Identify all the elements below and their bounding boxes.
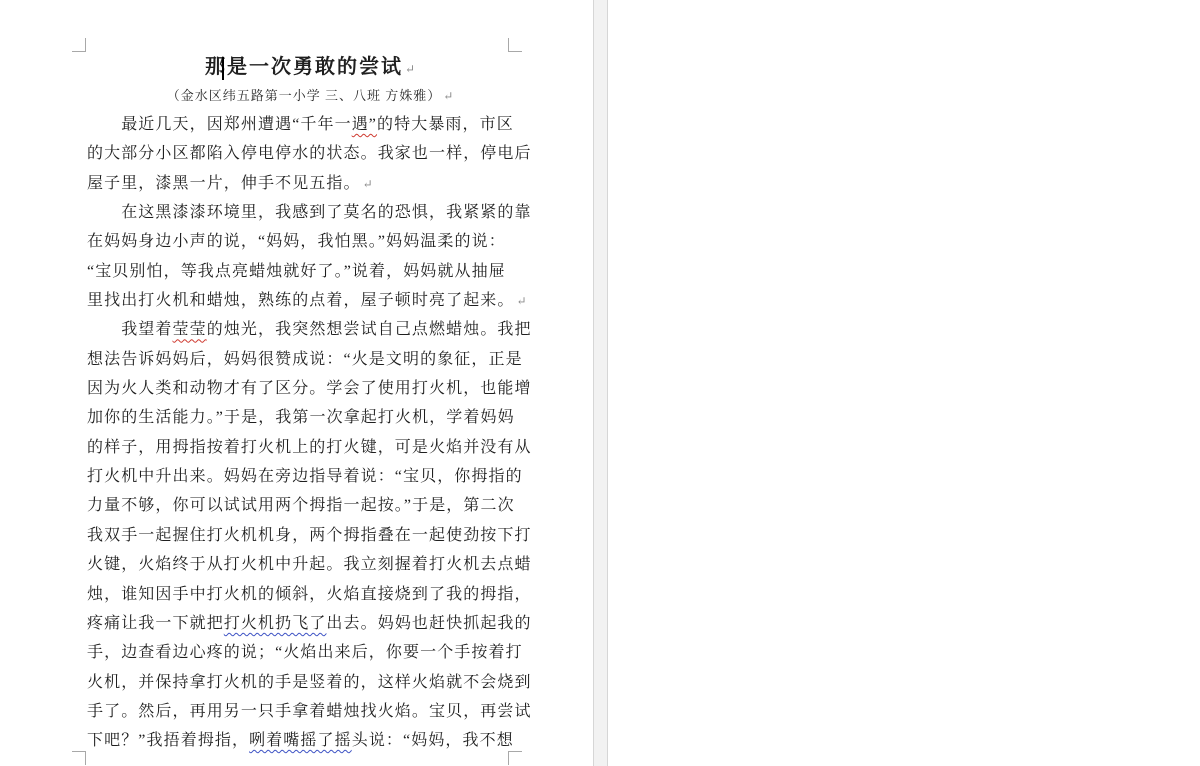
text-segment: 加你的生活能力。”于是，我第一次拿起打火机，学着妈妈 [87, 409, 515, 426]
text-segment: 火键，火焰终于从打火机中升起。我立刻握着打火机去点蜡 [87, 556, 532, 573]
text-line[interactable]: “宝贝别怕，等我点亮蜡烛就好了。”说着，妈妈就从抽屉 [87, 257, 533, 286]
grammar-error-text: 打火机扔飞了 [224, 615, 327, 632]
margin-mark-top-left [72, 38, 86, 52]
text-line[interactable]: 在妈妈身边小声的说，“妈妈，我怕黑。”妈妈温柔的说： [87, 227, 533, 256]
text-line[interactable]: 我望着莹莹的烛光，我突然想尝试自己点燃蜡烛。我把 [87, 315, 533, 344]
text-line[interactable]: 手，边查看边心疼的说；“火焰出来后，你要一个手按着打 [87, 638, 533, 667]
text-segment: 出去。妈妈也赶快抓起我的 [326, 615, 531, 632]
text-segment: 头说：“妈妈，我不想 [352, 732, 514, 749]
text-segment: 里找出打火机和蜡烛，熟练的点着，屋子顿时亮了起来。 [87, 292, 515, 309]
text-segment: 手，边查看边心疼的说；“火焰出来后，你要一个手按着打 [87, 644, 523, 661]
spell-error-text: 遇” [352, 116, 377, 133]
text-segment: 的特大暴雨，市区 [377, 116, 514, 133]
text-segment: “宝贝别怕，等我点亮蜡烛就好了。”说着，妈妈就从抽屉 [87, 263, 506, 280]
text-segment: 下吧？”我捂着拇指， [87, 732, 249, 749]
text-segment: 的烛光，我突然想尝试自己点燃蜡烛。我把 [207, 321, 532, 338]
byline[interactable]: （金水区纬五路第一小学 三、八班 方姝雅）↵ [87, 84, 533, 110]
text-segment: 手了。然后，再用另一只手拿着蜡烛找火焰。宝贝，再尝试 [87, 703, 532, 720]
paragraph-mark: ↵ [405, 62, 415, 76]
margin-mark-bottom-left [72, 751, 86, 765]
page-1-text-column: 那是一次勇敢的尝试↵ （金水区纬五路第一小学 三、八班 方姝雅）↵ 最近几天，因… [87, 53, 533, 756]
page-2[interactable]: 再点蜡烛了，手被火烧的很疼！”听了我的话后，妈妈把我轻轻搂在怀里说：“勇敢些，做… [608, 0, 1200, 766]
paragraph-mark: ↵ [363, 177, 373, 191]
margin-mark-top-right [508, 38, 522, 52]
text-segment: 因为火人类和动物才有了区分。学会了使用打火机，也能增 [87, 380, 532, 397]
text-segment: 最近几天，因郑州遭遇“千年一 [87, 116, 352, 133]
text-segment: 的样子，用拇指按着打火机上的打火键，可是火焰并没有从 [87, 439, 532, 456]
text-line[interactable]: 屋子里，漆黑一片，伸手不见五指。↵ [87, 169, 533, 198]
text-line[interactable]: 火机，并保持拿打火机的手是竖着的，这样火焰就不会烧到 [87, 668, 533, 697]
byline-text: （金水区纬五路第一小学 三、八班 方姝雅） [167, 88, 442, 103]
text-line[interactable]: 力量不够，你可以试试用两个拇指一起按。”于是，第二次 [87, 491, 533, 520]
text-line[interactable]: 手了。然后，再用另一只手拿着蜡烛找火焰。宝贝，再尝试 [87, 697, 533, 726]
text-line[interactable]: 火键，火焰终于从打火机中升起。我立刻握着打火机去点蜡 [87, 550, 533, 579]
text-line[interactable]: 在这黑漆漆环境里，我感到了莫名的恐惧，我紧紧的靠 [87, 198, 533, 227]
title-text: 那是一次勇敢的尝试 [205, 56, 403, 78]
text-segment: 在这黑漆漆环境里，我感到了莫名的恐惧，我紧紧的靠 [87, 204, 532, 221]
text-line[interactable]: 加你的生活能力。”于是，我第一次拿起打火机，学着妈妈 [87, 403, 533, 432]
paragraph-mark: ↵ [443, 89, 453, 103]
text-line[interactable]: 烛，谁知因手中打火机的倾斜，火焰直接烧到了我的拇指， [87, 580, 533, 609]
text-segment: 想法告诉妈妈后，妈妈很赞成说：“火是文明的象征，正是 [87, 351, 523, 368]
text-segment: 火机，并保持拿打火机的手是竖着的，这样火焰就不会烧到 [87, 674, 532, 691]
text-line[interactable]: 因为火人类和动物才有了区分。学会了使用打火机，也能增 [87, 374, 533, 403]
text-line[interactable]: 疼痛让我一下就把打火机扔飞了出去。妈妈也赶快抓起我的 [87, 609, 533, 638]
page-1[interactable]: 那是一次勇敢的尝试↵ （金水区纬五路第一小学 三、八班 方姝雅）↵ 最近几天，因… [0, 0, 593, 766]
paragraph-mark: ↵ [517, 294, 527, 308]
document-title[interactable]: 那是一次勇敢的尝试↵ [87, 53, 533, 84]
text-segment: 打火机中升出来。妈妈在旁边指导着说：“宝贝，你拇指的 [87, 468, 523, 485]
text-cursor [222, 57, 224, 80]
text-line[interactable]: 的大部分小区都陷入停电停水的状态。我家也一样，停电后 [87, 139, 533, 168]
text-segment: 在妈妈身边小声的说，“妈妈，我怕黑。”妈妈温柔的说： [87, 233, 506, 250]
spell-error-text: 莹莹 [173, 321, 207, 338]
text-segment: 我望着 [87, 321, 173, 338]
page-1-body: 最近几天，因郑州遭遇“千年一遇”的特大暴雨，市区的大部分小区都陷入停电停水的状态… [87, 110, 533, 756]
text-segment: 烛，谁知因手中打火机的倾斜，火焰直接烧到了我的拇指， [87, 586, 532, 603]
text-line[interactable]: 里找出打火机和蜡烛，熟练的点着，屋子顿时亮了起来。↵ [87, 286, 533, 315]
page-gap-divider [593, 0, 608, 766]
text-line[interactable]: 最近几天，因郑州遭遇“千年一遇”的特大暴雨，市区 [87, 110, 533, 139]
text-segment: 疼痛让我一下就把 [87, 615, 224, 632]
text-line[interactable]: 的样子，用拇指按着打火机上的打火键，可是火焰并没有从 [87, 433, 533, 462]
text-segment: 力量不够，你可以试试用两个拇指一起按。”于是，第二次 [87, 497, 515, 514]
text-segment: 屋子里，漆黑一片，伸手不见五指。 [87, 175, 361, 192]
text-line[interactable]: 下吧？”我捂着拇指，咧着嘴摇了摇头说：“妈妈，我不想 [87, 726, 533, 755]
text-line[interactable]: 我双手一起握住打火机机身，两个拇指叠在一起使劲按下打 [87, 521, 533, 550]
text-line[interactable]: 打火机中升出来。妈妈在旁边指导着说：“宝贝，你拇指的 [87, 462, 533, 491]
grammar-error-text: 咧着嘴摇了摇 [249, 732, 352, 749]
text-line[interactable]: 想法告诉妈妈后，妈妈很赞成说：“火是文明的象征，正是 [87, 345, 533, 374]
text-segment: 的大部分小区都陷入停电停水的状态。我家也一样，停电后 [87, 145, 532, 162]
text-segment: 我双手一起握住打火机机身，两个拇指叠在一起使劲按下打 [87, 527, 532, 544]
word-processor-document-view: 那是一次勇敢的尝试↵ （金水区纬五路第一小学 三、八班 方姝雅）↵ 最近几天，因… [0, 0, 1200, 766]
